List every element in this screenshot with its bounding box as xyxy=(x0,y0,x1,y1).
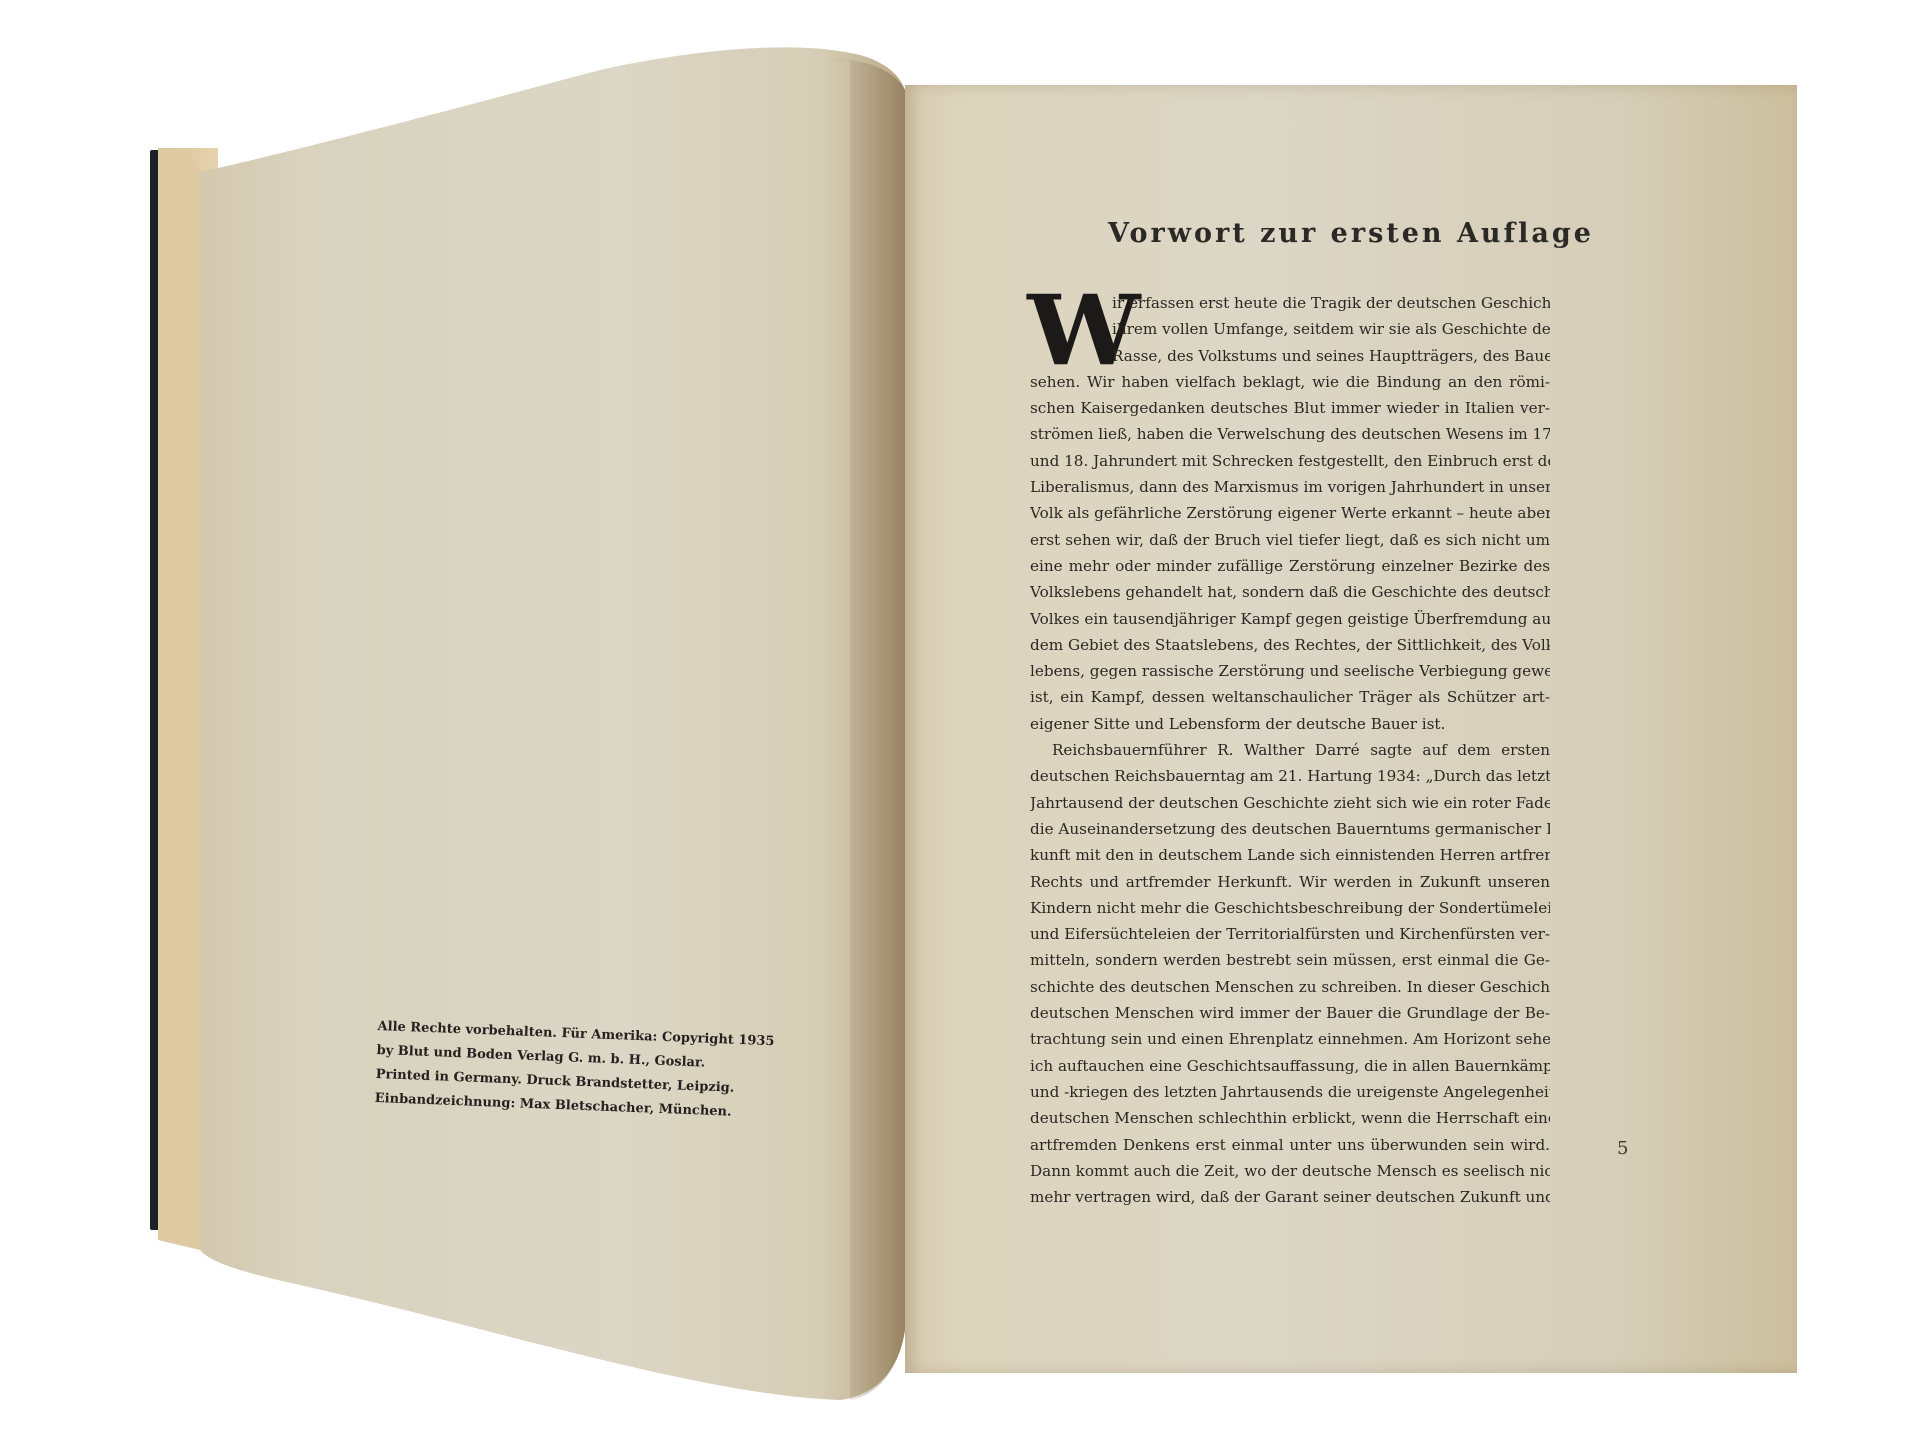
text-line: dem Gebiet des Staatslebens, des Rechtes… xyxy=(1030,632,1550,658)
text-line: eine mehr oder minder zufällige Zerstöru… xyxy=(1030,553,1550,579)
text-line: mehr vertragen wird, daß der Garant sein… xyxy=(1030,1184,1550,1210)
text-line: erst sehen wir, daß der Bruch viel tiefe… xyxy=(1030,527,1550,553)
text-line: Volk als gefährliche Zerstörung eigener … xyxy=(1030,500,1550,526)
text-line: deutschen Menschen wird immer der Bauer … xyxy=(1030,1000,1550,1026)
text-line: schen Kaisergedanken deutsches Blut imme… xyxy=(1030,395,1550,421)
text-line: Jahrtausend der deutschen Geschichte zie… xyxy=(1030,790,1550,816)
text-line: lebens, gegen rassische Zerstörung und s… xyxy=(1030,658,1550,684)
page-number: 5 xyxy=(1617,1138,1628,1159)
text-line: schichte des deutschen Menschen zu schre… xyxy=(1030,974,1550,1000)
text-line: strömen ließ, haben die Verwelschung des… xyxy=(1030,421,1550,447)
text-line: die Auseinandersetzung des deutschen Bau… xyxy=(1030,816,1550,842)
text-line: deutschen Reichsbauerntag am 21. Hartung… xyxy=(1030,763,1550,789)
text-line: und 18. Jahrundert mit Schrecken festges… xyxy=(1030,448,1550,474)
text-line: kunft mit den in deutschem Lande sich ei… xyxy=(1030,842,1550,868)
imprint-notice: Alle Rechte vorbehalten. Für Amerika: Co… xyxy=(374,1015,707,1124)
text-line: ist, ein Kampf, dessen weltanschaulicher… xyxy=(1030,684,1550,710)
text-line: trachtung sein und einen Ehrenplatz einn… xyxy=(1030,1026,1550,1052)
foreword-body-text: ir erfassen erst heute die Tragik der de… xyxy=(1030,290,1550,1210)
text-line: ir erfassen erst heute die Tragik der de… xyxy=(1030,290,1550,316)
text-line: eigener Sitte und Lebensform der deutsch… xyxy=(1030,711,1550,737)
text-line: Volkes ein tausendjähriger Kampf gegen g… xyxy=(1030,606,1550,632)
text-line: mitteln, sondern werden bestrebt sein mü… xyxy=(1030,947,1550,973)
text-line: deutschen Menschen schlechthin erblickt,… xyxy=(1030,1105,1550,1131)
text-line: Dann kommt auch die Zeit, wo der deutsch… xyxy=(1030,1158,1550,1184)
text-line: Rasse, des Volkstums und seines Hauptträ… xyxy=(1030,343,1550,369)
page-title: Vorwort zur ersten Auflage xyxy=(905,218,1797,249)
text-line: artfremden Denkens erst einmal unter uns… xyxy=(1030,1132,1550,1158)
text-line: und -kriegen des letzten Jahrtausends di… xyxy=(1030,1079,1550,1105)
text-line: und Eifersüchteleien der Territorialfürs… xyxy=(1030,921,1550,947)
text-line: Volkslebens gehandelt hat, sondern daß d… xyxy=(1030,579,1550,605)
right-page: Vorwort zur ersten Auflage W ir erfassen… xyxy=(905,85,1797,1373)
text-line: Reichsbauernführer R. Walther Darré sagt… xyxy=(1030,737,1550,763)
text-line: ich auftauchen eine Geschichtsauffassung… xyxy=(1030,1053,1550,1079)
text-line: ihrem vollen Umfange, seitdem wir sie al… xyxy=(1030,316,1550,342)
text-line: Liberalismus, dann des Marxismus im vori… xyxy=(1030,474,1550,500)
text-line: sehen. Wir haben vielfach beklagt, wie d… xyxy=(1030,369,1550,395)
text-line: Rechts und artfremder Herkunft. Wir werd… xyxy=(1030,869,1550,895)
text-line: Kindern nicht mehr die Geschichtsbeschre… xyxy=(1030,895,1550,921)
open-book: Alle Rechte vorbehalten. Für Amerika: Co… xyxy=(0,0,1920,1440)
